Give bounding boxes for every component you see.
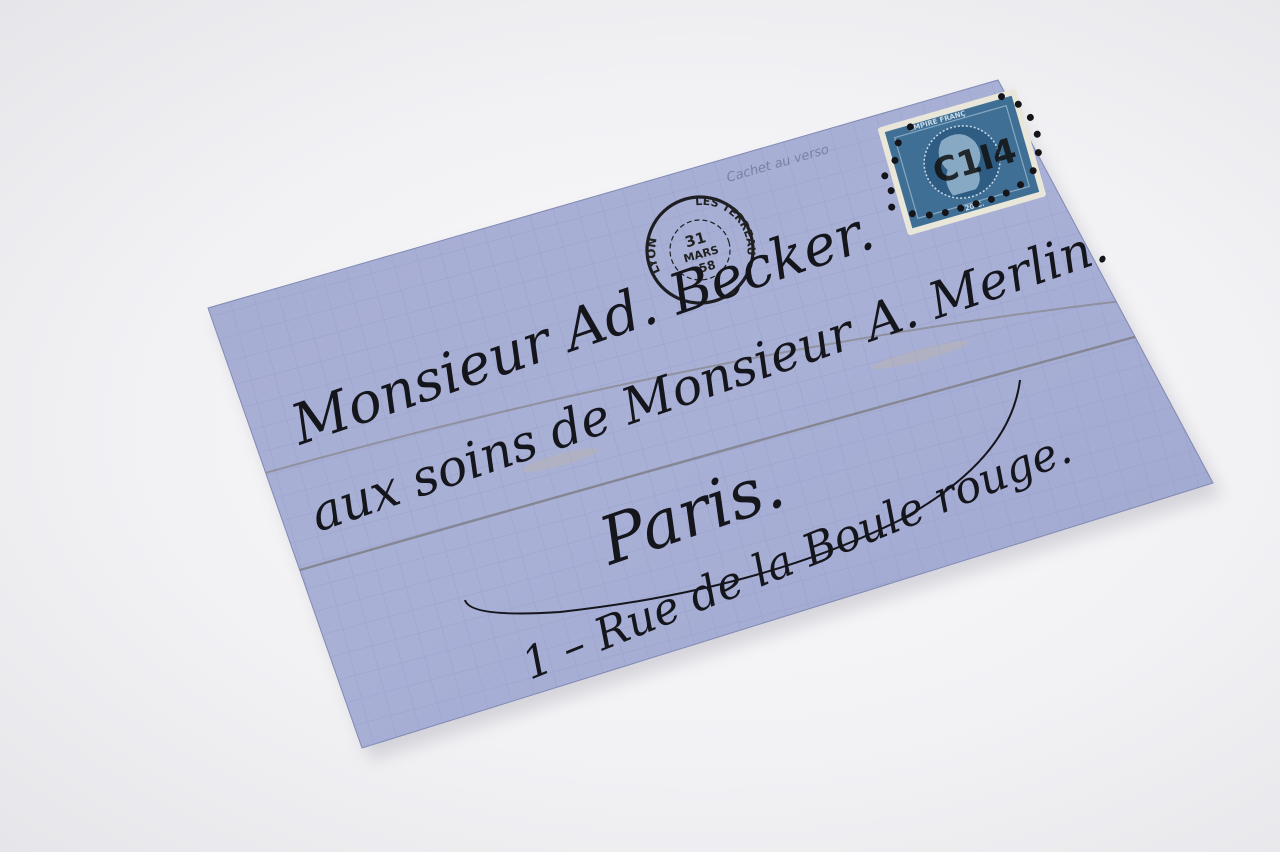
photo-scene: Cachet au verso LYON LES TERREAUX 31 MAR…: [0, 0, 1280, 852]
